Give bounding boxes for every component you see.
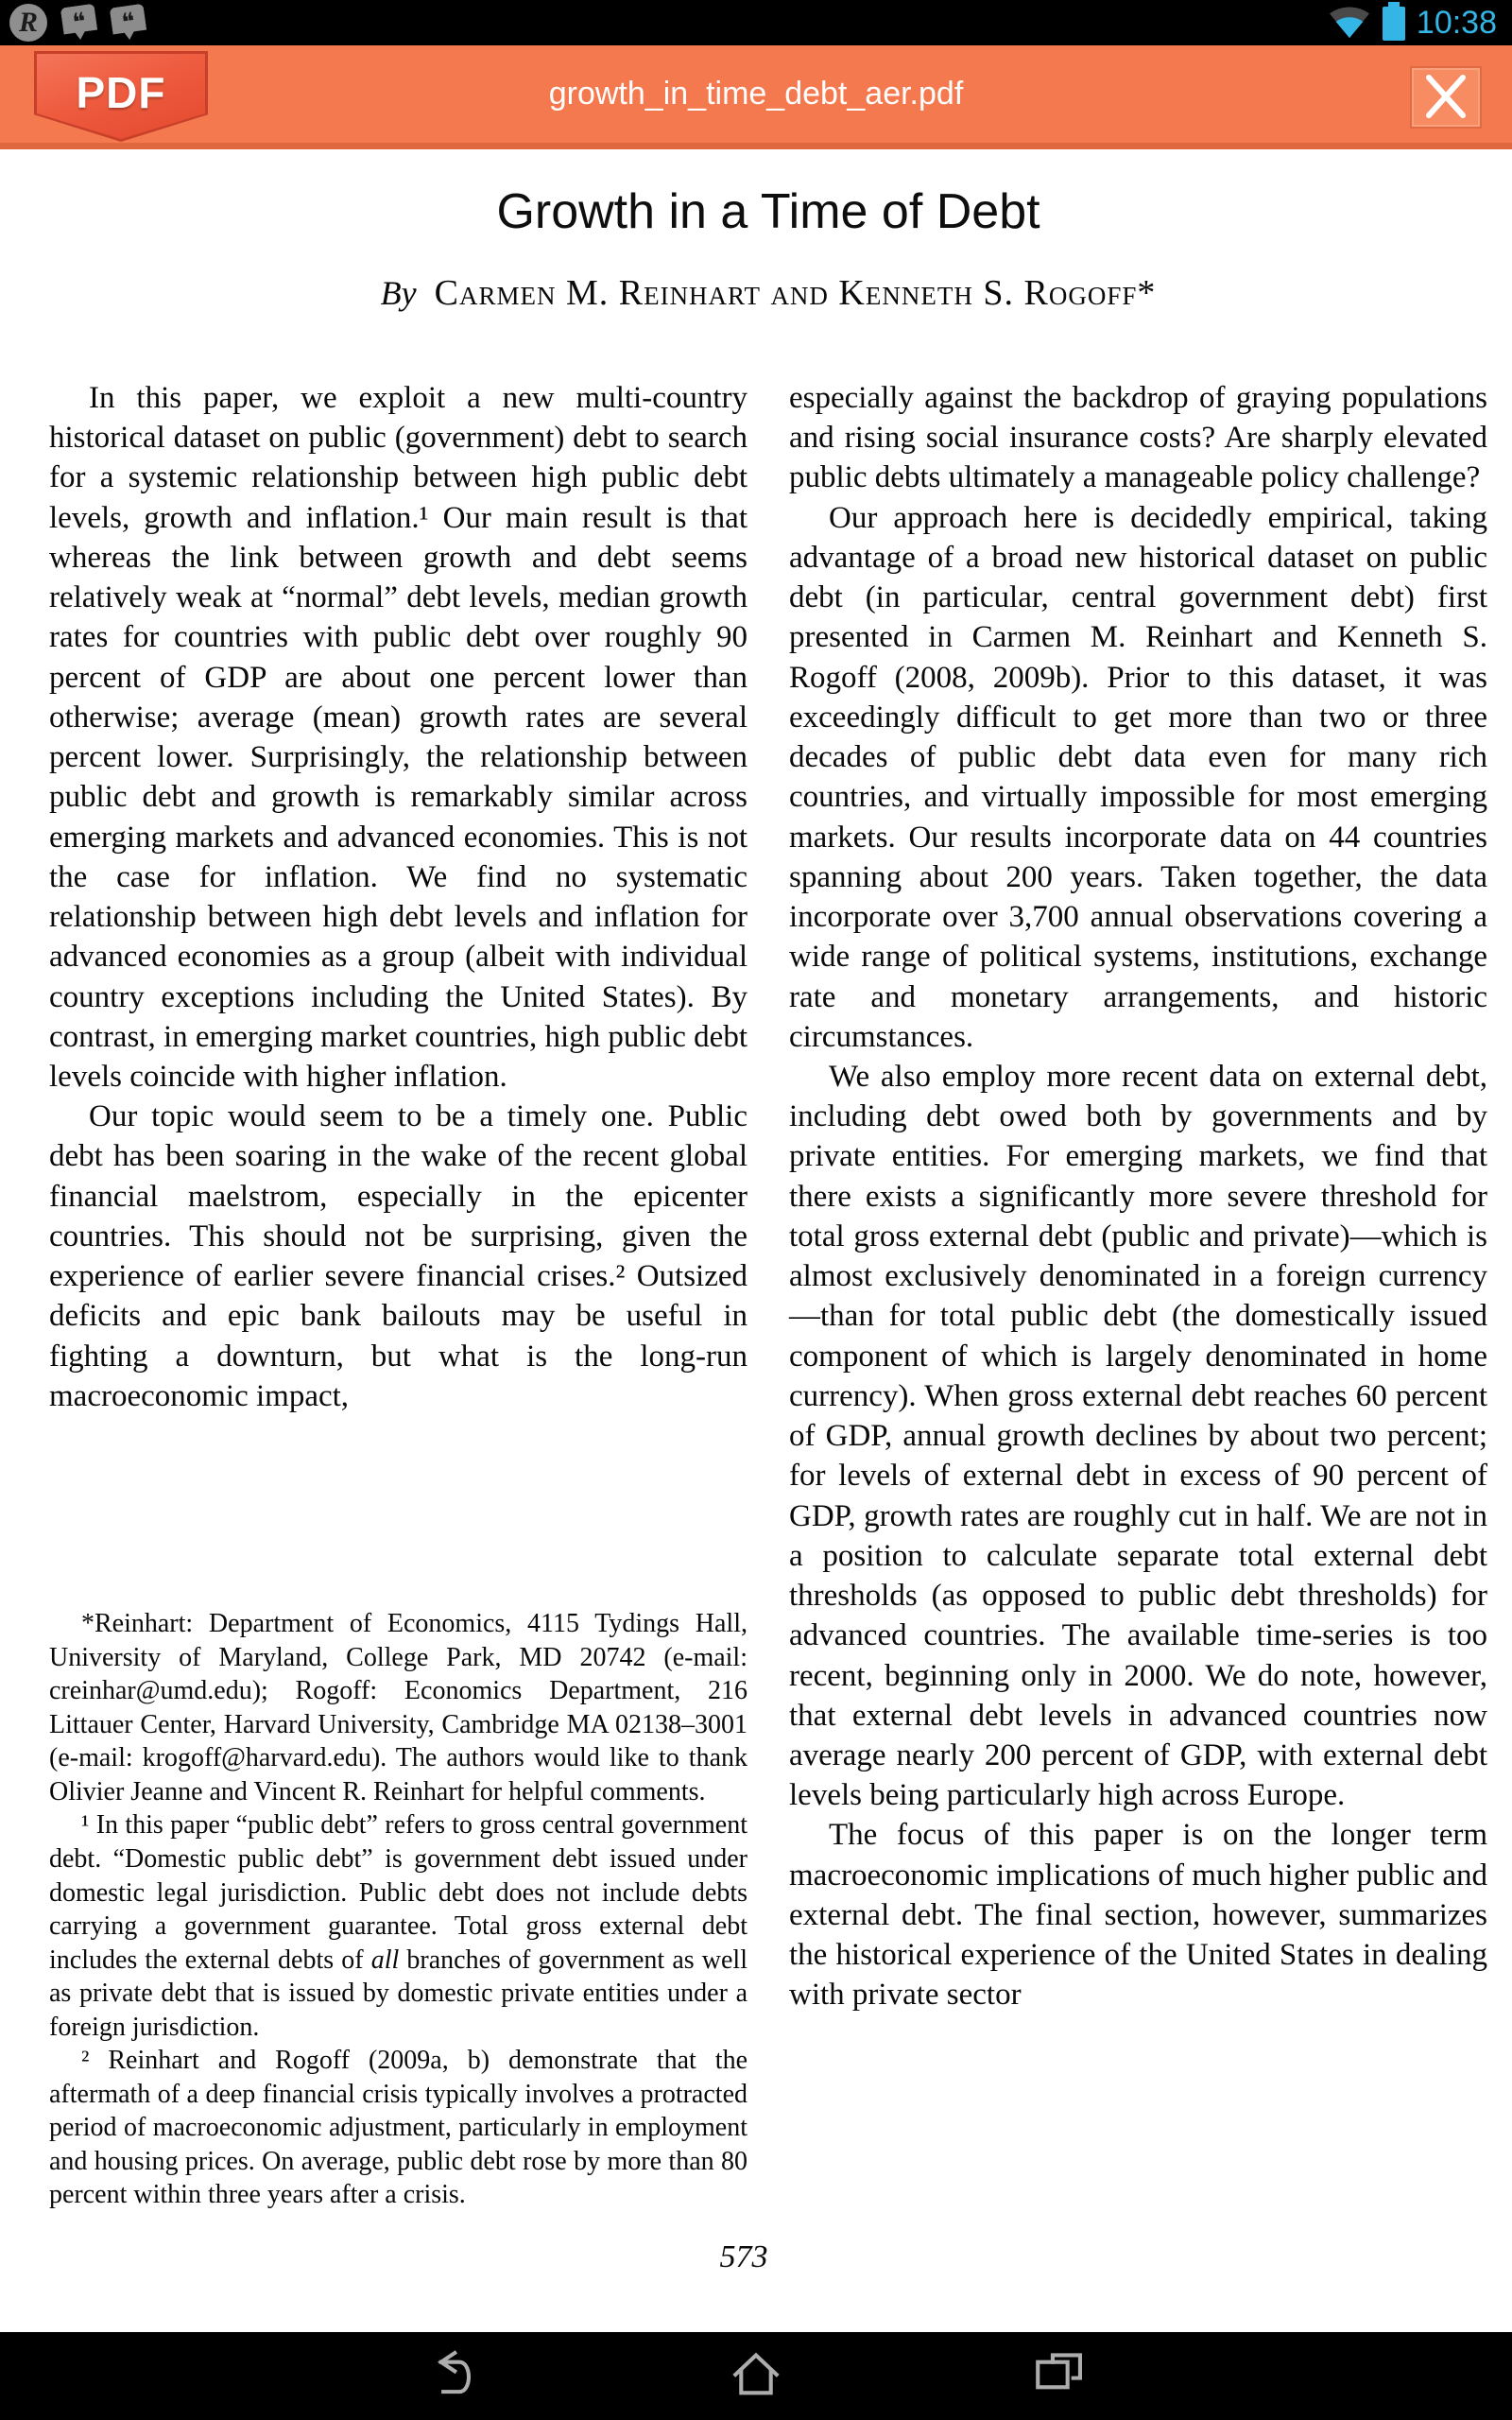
footnotes-block: *Reinhart: Department of Economics, 4115… xyxy=(49,1564,747,2212)
paper-title: Growth in a Time of Debt xyxy=(49,183,1487,240)
status-bar: R ❝ ❝ 10:38 xyxy=(0,0,1512,45)
paragraph: Our approach here is decidedly empirical… xyxy=(789,498,1487,1057)
clock: 10:38 xyxy=(1417,5,1497,42)
battery-icon xyxy=(1383,7,1405,41)
footnote-2: ² Reinhart and Rogoff (2009a, b) demonst… xyxy=(49,2044,747,2212)
recent-apps-button[interactable] xyxy=(1028,2346,1089,2407)
paragraph: The focus of this paper is on the longer… xyxy=(789,1815,1487,2014)
open-filename: growth_in_time_debt_aer.pdf xyxy=(0,76,1512,112)
paragraph: especially against the backdrop of grayi… xyxy=(789,378,1487,498)
home-button[interactable] xyxy=(726,2346,786,2407)
two-column-body: In this paper, we exploit a new multi-co… xyxy=(49,378,1487,2212)
byline-authors: Carmen M. Reinhart and Kenneth S. Rogoff… xyxy=(435,273,1157,313)
paragraph: We also employ more recent data on exter… xyxy=(789,1057,1487,1815)
reader-app-notification-icon[interactable]: R xyxy=(9,4,47,42)
navigation-bar xyxy=(0,2332,1512,2420)
right-column: especially against the backdrop of grayi… xyxy=(789,378,1487,2212)
back-button[interactable] xyxy=(423,2346,484,2407)
footnote-1: ¹ In this paper “public debt” refers to … xyxy=(49,1808,747,2044)
quote-notification-icon-2[interactable]: ❝ xyxy=(110,4,148,43)
pdf-page[interactable]: Growth in a Time of Debt By Carmen M. Re… xyxy=(0,149,1512,2332)
paragraph: Our topic would seem to be a timely one.… xyxy=(49,1097,747,1416)
home-icon xyxy=(727,2347,785,2405)
page-number: 573 xyxy=(0,2239,1487,2275)
footnote-star: *Reinhart: Department of Economics, 4115… xyxy=(49,1607,747,1808)
close-icon xyxy=(1421,73,1470,123)
byline: By Carmen M. Reinhart and Kenneth S. Rog… xyxy=(49,272,1487,314)
recent-apps-icon xyxy=(1029,2347,1088,2405)
quote-notification-icon[interactable]: ❝ xyxy=(60,4,99,43)
pdf-app-bar: PDF growth_in_time_debt_aer.pdf xyxy=(0,45,1512,149)
wifi-icon xyxy=(1328,2,1371,44)
paragraph: In this paper, we exploit a new multi-co… xyxy=(49,378,747,1097)
byline-by: By xyxy=(381,274,417,312)
android-screen: R ❝ ❝ 10:38 PDF growt xyxy=(0,0,1512,2420)
close-button[interactable] xyxy=(1410,66,1482,129)
back-icon xyxy=(424,2347,483,2405)
reader-icon-letter: R xyxy=(19,7,38,39)
left-column: In this paper, we exploit a new multi-co… xyxy=(49,378,747,2212)
system-status-area: 10:38 xyxy=(1328,0,1503,45)
notification-area: R ❝ ❝ xyxy=(9,0,146,45)
